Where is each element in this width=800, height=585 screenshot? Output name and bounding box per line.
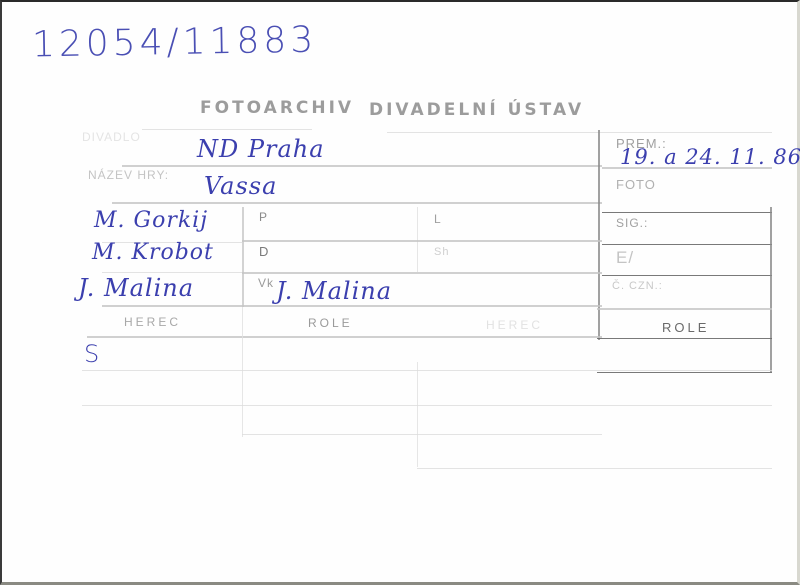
vk-label: Vk [258,276,274,290]
divider [82,405,772,406]
prem-value: 19. a 24. 11. 86 [620,145,800,169]
divider [242,240,602,242]
divider [770,207,772,372]
stamp-fotoarchiv: FOTOARCHIV [200,98,354,118]
designer-left-value: J. Malina [78,274,194,302]
p-label: P [259,210,268,224]
divider [102,272,242,273]
divider [102,305,602,307]
divider [87,336,602,338]
stamp-divadelni-ustav: DIVADELNÍ ÚSTAV [369,100,584,120]
divider [602,244,772,245]
divadlo-label: DIVADLO [82,130,141,144]
divider [242,307,243,437]
cast-row-1-herec-1: S [84,340,100,368]
cast-header-role-1: ROLE [308,316,353,330]
vk-value: J. Malina [276,277,392,305]
divider [597,308,772,310]
nazev-hry-value: Vassa [204,172,277,200]
cast-header-herec-2: HEREC [486,318,543,332]
sig-label: SIG.: [616,216,648,230]
divider [242,207,244,307]
divadlo-value: ND Praha [197,135,325,163]
divider [387,132,772,133]
divider [82,370,772,371]
czn-label: Č. CZN.: [612,280,663,292]
divider [602,275,772,276]
divider [122,165,602,167]
divider [597,372,772,373]
author-value: M. Gorkij [94,208,208,233]
l-label: L [434,212,442,226]
divider [602,212,772,213]
sh-label: Sh [434,246,449,258]
cast-header-role-2: ROLE [662,320,709,335]
divider [242,272,602,274]
divider [417,362,418,467]
d-label: D [259,244,269,259]
translator-value: M. Krobot [92,240,214,265]
inventory-number: 12054/11883 [32,20,318,66]
divider [112,202,602,204]
archive-photo-card: 12054/11883 FOTOARCHIV DIVADELNÍ ÚSTAV D… [0,0,800,585]
nazev-hry-label: NÁZEV HRY: [88,168,169,182]
divider [597,338,772,339]
divider [417,468,772,469]
divider [142,129,312,130]
divider [242,434,602,435]
e-label: E/ [616,248,634,268]
cast-header-herec-1: HEREC [124,315,181,329]
foto-label: FOTO [616,177,656,192]
